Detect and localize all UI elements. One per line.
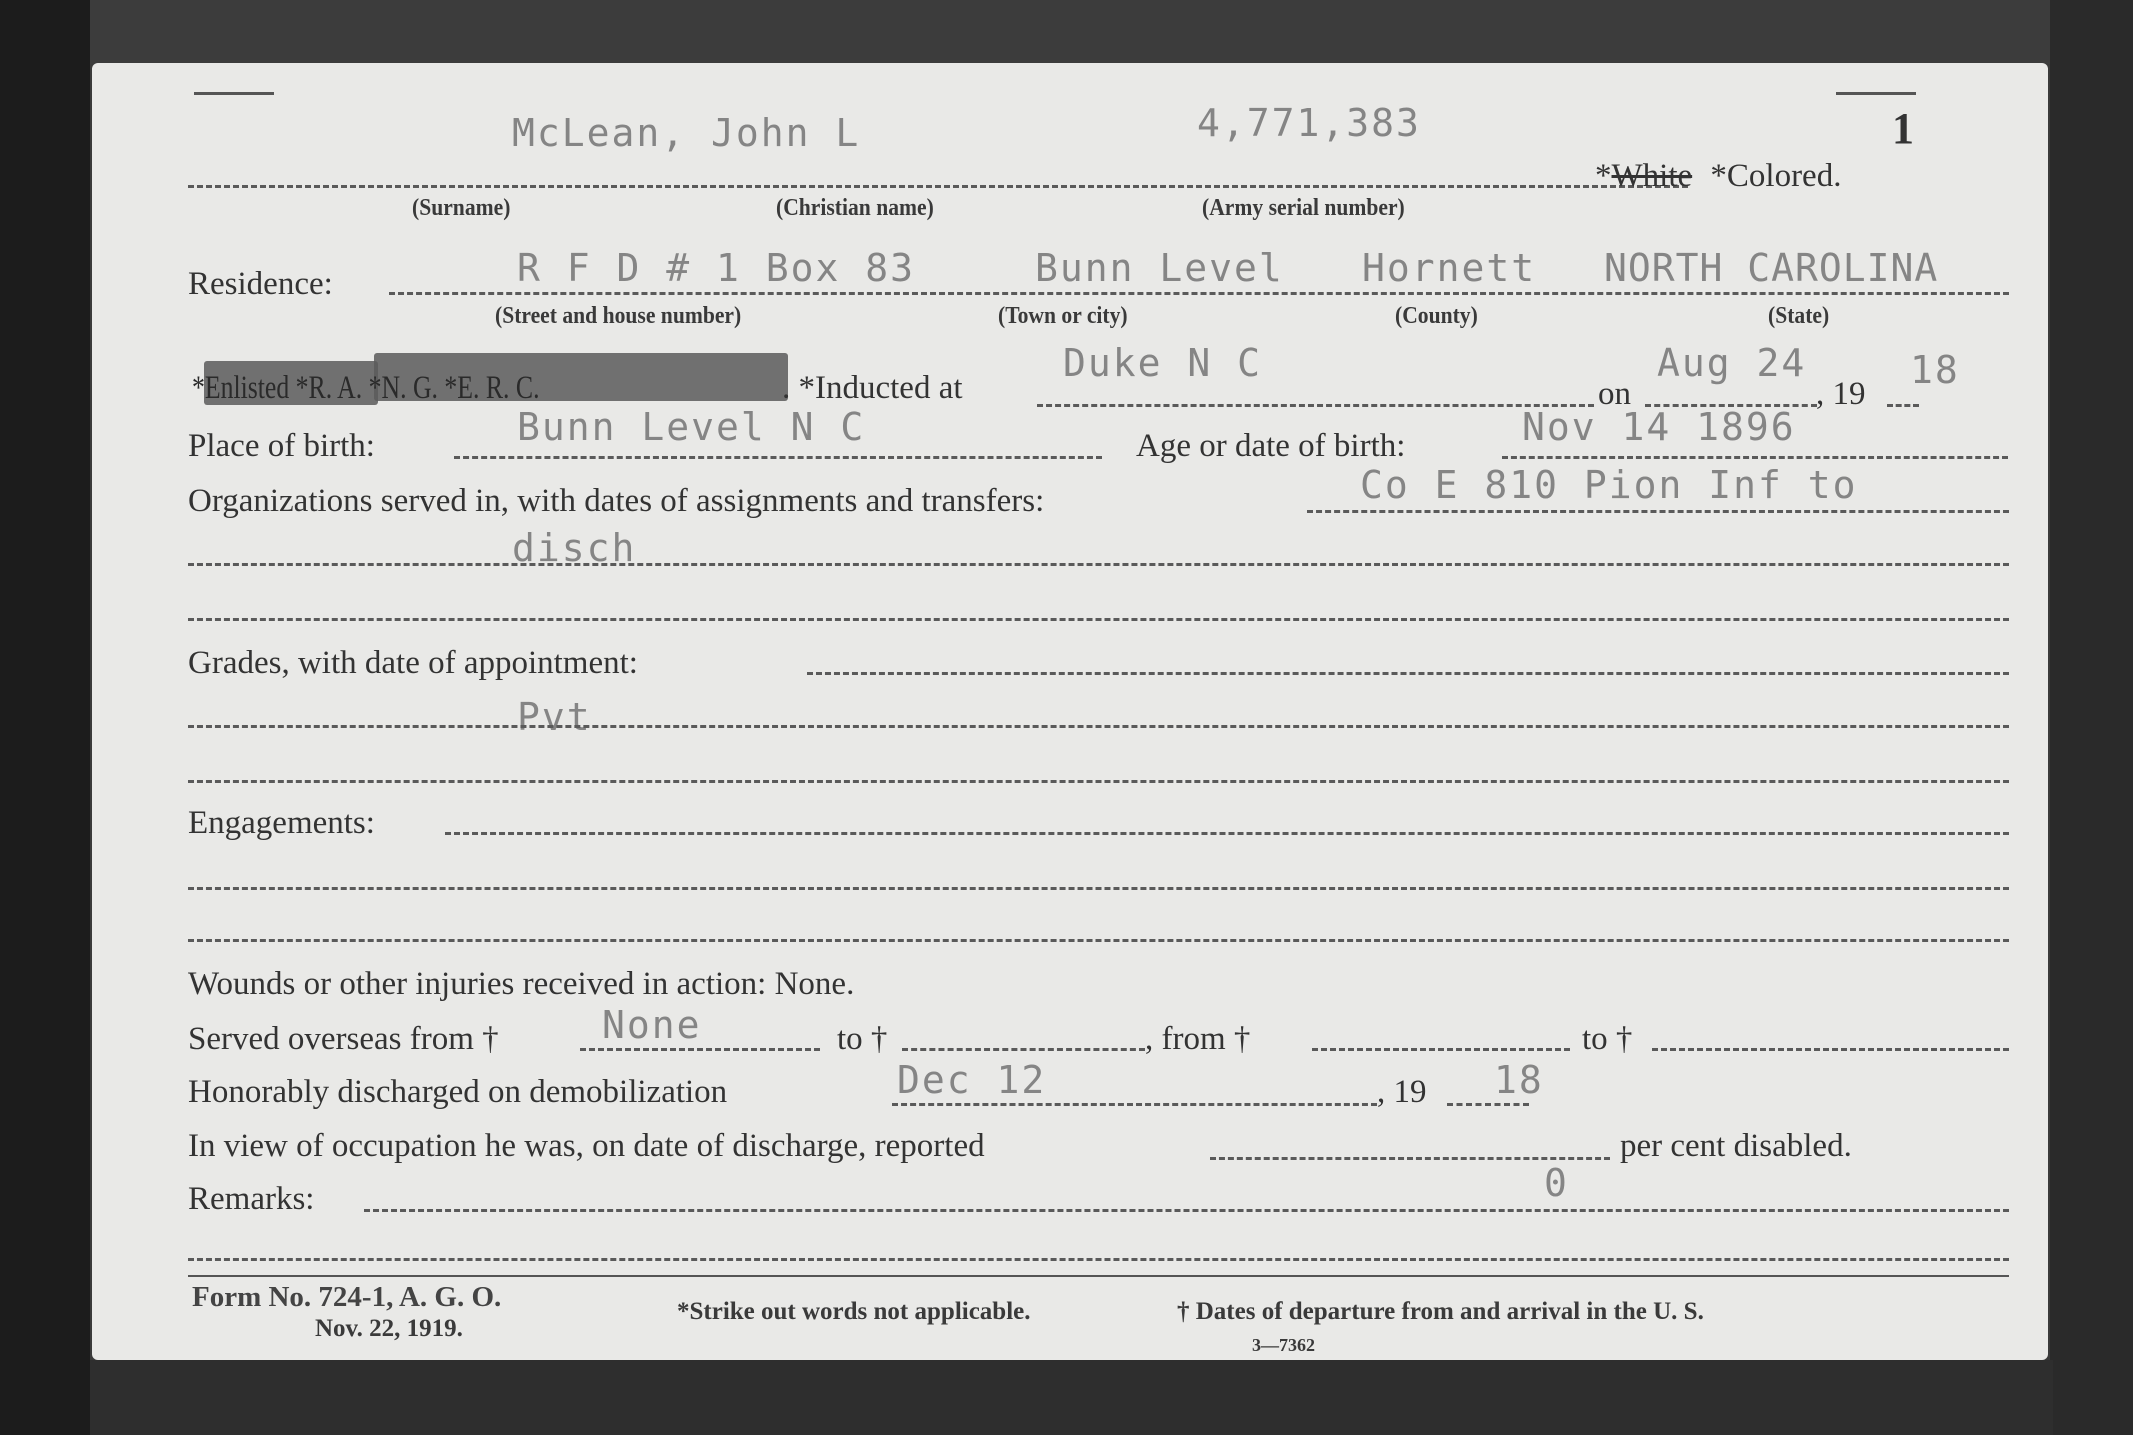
place-of-birth-line: [454, 456, 1102, 459]
discharge-date-value: Dec 12: [897, 1058, 1046, 1102]
grades-line-1: [807, 672, 2009, 675]
date-of-birth-line: [1502, 456, 2008, 459]
residence-label: Residence:: [188, 266, 333, 303]
footnote-strike-out: *Strike out words not applicable.: [677, 1298, 1031, 1326]
wounds-label: Wounds or other injuries received in act…: [188, 966, 854, 1003]
engagements-line-3: [188, 939, 2009, 942]
residence-line: [389, 292, 2009, 295]
footer-rule: [188, 1275, 2009, 1277]
overseas-from2-label: , from †: [1145, 1021, 1250, 1058]
overseas-from-line: [580, 1048, 820, 1051]
christian-name-label: (Christian name): [776, 195, 934, 222]
grades-label: Grades, with date of appointment:: [188, 645, 638, 682]
county-label: (County): [1395, 303, 1478, 330]
town-label: (Town or city): [998, 303, 1128, 330]
card-number: 1: [1892, 103, 1914, 154]
inducted-date-value: Aug 24: [1657, 341, 1806, 385]
race-colored: Colored.: [1727, 158, 1842, 194]
grades-value: Pvt: [517, 695, 592, 739]
inducted-year-line: [1887, 404, 1919, 407]
overseas-from-value: None: [602, 1003, 702, 1047]
engagements-line-2: [188, 887, 2009, 890]
discharge-year-line: [1447, 1103, 1529, 1106]
discharge-label: Honorably discharged on demobilization: [188, 1074, 727, 1111]
overseas-to2-line: [1652, 1048, 2009, 1051]
place-of-birth-label: Place of birth:: [188, 428, 375, 465]
state-label: (State): [1768, 303, 1829, 330]
engagements-line-1: [445, 832, 2009, 835]
print-code: 3—7362: [1252, 1335, 1315, 1356]
disability-value: 0: [1544, 1161, 1569, 1205]
organizations-value-line1: Co E 810 Pion Inf to: [1360, 463, 1858, 507]
inducted-year-value: 18: [1910, 348, 1960, 392]
remarks-label: Remarks:: [188, 1181, 314, 1218]
race-star-1: *: [1595, 158, 1612, 194]
scan-background-top: [90, 0, 2053, 64]
overseas-from2-line: [1312, 1048, 1570, 1051]
discharge-year-prefix: , 19: [1377, 1074, 1427, 1111]
scan-background-bottom: [90, 1360, 2053, 1435]
form-date: Nov. 22, 1919.: [315, 1315, 463, 1343]
top-left-rule: [194, 92, 274, 95]
overseas-from-label: Served overseas from †: [188, 1021, 499, 1058]
organizations-label: Organizations served in, with dates of a…: [188, 483, 1044, 520]
remarks-line-1: [364, 1209, 2009, 1212]
organizations-line-1: [1307, 510, 2009, 513]
overseas-to2-label: to †: [1582, 1021, 1632, 1058]
remarks-line-2: [188, 1258, 2009, 1261]
overseas-to-line: [902, 1048, 1145, 1051]
organizations-line-2: [188, 563, 2009, 566]
race-star-2: *: [1710, 158, 1727, 194]
service-record-card: 1 McLean, John L 4,771,383 *White *Color…: [92, 63, 2048, 1360]
top-right-rule: [1836, 92, 1916, 95]
overseas-to-label: to †: [837, 1021, 887, 1058]
organizations-line-3: [188, 618, 2009, 621]
serial-label: (Army serial number): [1202, 195, 1405, 222]
form-number: Form No. 724-1, A. G. O.: [192, 1281, 501, 1314]
discharge-date-line: [892, 1103, 1377, 1106]
serial-number-value: 4,771,383: [1197, 101, 1421, 145]
inducted-line: [1037, 404, 1594, 407]
residence-street: R F D # 1 Box 83: [517, 246, 915, 290]
footnote-dates: † Dates of departure from and arrival in…: [1177, 1298, 1704, 1326]
disability-label: In view of occupation he was, on date of…: [188, 1128, 985, 1165]
street-label: (Street and house number): [495, 303, 741, 330]
discharge-year-value: 18: [1494, 1058, 1544, 1102]
date-of-birth-label: Age or date of birth:: [1136, 428, 1405, 465]
enlistment-options-struck: *Enlisted *R. A. *N. G. *E. R. C.: [192, 370, 540, 407]
residence-town: Bunn Level: [1035, 246, 1284, 290]
scan-background-right: [2050, 0, 2133, 1435]
grades-line-3: [188, 780, 2009, 783]
scan-background-left: [0, 0, 90, 1435]
inducted-label: . *Inducted at: [782, 370, 963, 407]
disability-suffix: per cent disabled.: [1620, 1128, 1852, 1165]
surname-label: (Surname): [412, 195, 510, 222]
place-of-birth-value: Bunn Level N C: [517, 405, 865, 449]
date-of-birth-value: Nov 14 1896: [1522, 405, 1796, 449]
inducted-at-value: Duke N C: [1063, 341, 1262, 385]
name-line: [188, 185, 1688, 188]
year-prefix: , 19: [1816, 376, 1866, 413]
race-options: *White *Colored.: [1595, 158, 1841, 195]
residence-state: NORTH CAROLINA: [1604, 246, 1938, 290]
residence-county: Hornett: [1362, 246, 1536, 290]
engagements-label: Engagements:: [188, 805, 375, 842]
name-value: McLean, John L: [512, 111, 860, 155]
disability-line: [1210, 1157, 1610, 1160]
grades-line-2: [188, 725, 2009, 728]
race-white-struck: White: [1612, 158, 1693, 194]
